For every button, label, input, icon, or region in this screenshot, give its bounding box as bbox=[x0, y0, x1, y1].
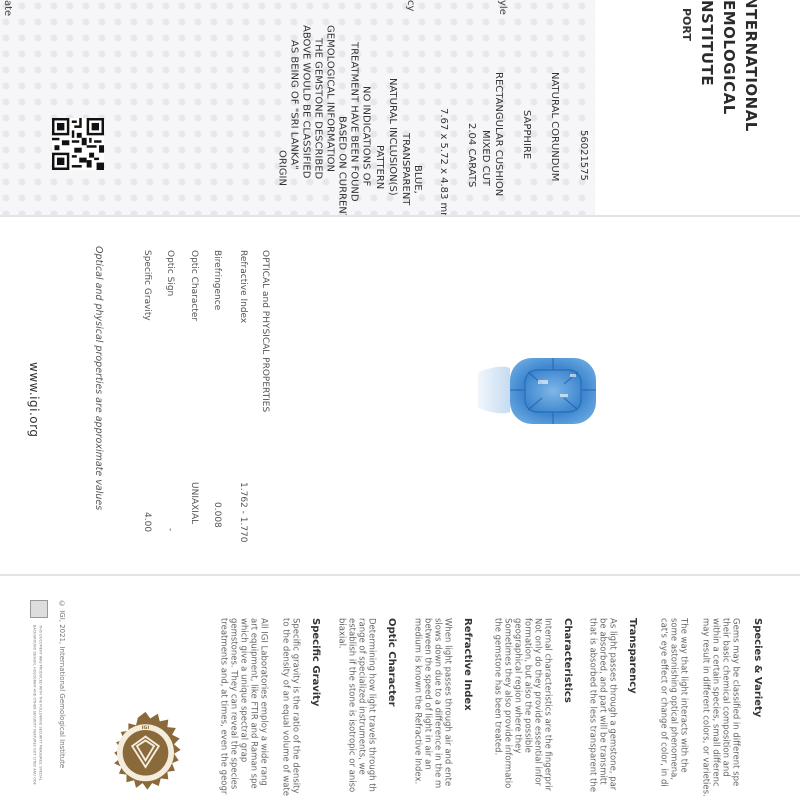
section-body-line: As light passes through a gemstone, par bbox=[607, 618, 617, 790]
shape-cut-line-1: RECTANGULAR CUSHION bbox=[493, 72, 504, 196]
section-body-line: establish if the stone is isotropic or a… bbox=[346, 618, 356, 792]
section-body-line: The way that light interacts with the bbox=[678, 618, 688, 773]
section-body-line: gemstones. They can reveal the species bbox=[228, 618, 238, 789]
section-body-line: that is absorbed the less transparent th… bbox=[587, 618, 597, 792]
qr-code[interactable] bbox=[52, 118, 104, 170]
seal-text: IGI bbox=[142, 725, 150, 731]
section-heading-transparency: Transparency bbox=[627, 618, 638, 694]
copyright-notice: © IGI, 2021, International Gemological I… bbox=[58, 600, 66, 768]
report-number: 56021575 bbox=[578, 130, 589, 181]
property-value-specific-gravity: 4.00 bbox=[142, 512, 152, 532]
transparency: TRANSPARENT bbox=[400, 133, 411, 205]
property-label-birefringence: Birefringence bbox=[212, 250, 222, 310]
security-shield-icon bbox=[30, 600, 48, 618]
section-body-line: geographical region where they bbox=[512, 618, 522, 753]
property-value-optic-character: UNIAXIAL bbox=[189, 482, 199, 524]
label-date-partial: ate bbox=[2, 0, 13, 16]
inclusions-line-1: NATURAL INCLUSION(S) bbox=[387, 78, 398, 196]
section-body-line: Sometimes they also provide informatio bbox=[502, 618, 512, 788]
section-body-line: treatments and, at times, even the geogr bbox=[218, 618, 228, 794]
comment-line-8: ORIGIN bbox=[276, 150, 288, 186]
section-body-line: biaxial. bbox=[336, 618, 346, 649]
measurements: 7.67 x 5.72 x 4.83 mm bbox=[438, 108, 449, 222]
igi-seal-icon: IGI bbox=[98, 710, 193, 800]
comment-line-2: TREATMENT HAVE BEEN FOUND bbox=[348, 42, 360, 202]
security-text-line-2: BACKGROUND DESIGN, HOLOGRAM AND OTHER SE… bbox=[32, 625, 37, 785]
section-body-line: formation, but also the possible bbox=[522, 618, 532, 753]
property-value-optic-sign: - bbox=[165, 528, 175, 531]
section-heading-species-variety: Species & Variety bbox=[752, 618, 763, 717]
section-body-line: may result in different colors, or varie… bbox=[700, 618, 710, 797]
section-body-line: Specific gravity is the ratio of the den… bbox=[290, 618, 300, 794]
section-body-line: some astonishing optical phenomena, bbox=[668, 618, 678, 780]
report-word: PORT bbox=[680, 8, 693, 41]
comment-line-5: THE GEMSTONE DESCRIBED bbox=[312, 38, 324, 179]
section-body-line: Internal characteristics are the fingerp… bbox=[542, 618, 552, 791]
properties-panel bbox=[0, 217, 800, 574]
description: NATURAL CORUNDUM bbox=[549, 72, 560, 181]
brand-line-3: NSTITUTE bbox=[698, 0, 716, 86]
comment-line-6: ABOVE WOULD BE CLASSIFIED bbox=[300, 25, 312, 178]
properties-note: Optical and physical properties are appr… bbox=[93, 246, 104, 510]
brand-line-2: EMOLOGICAL bbox=[720, 0, 738, 115]
shape-cut-line-2: MIXED CUT bbox=[480, 130, 491, 186]
section-body-line: Not only do they provide essential infor bbox=[532, 618, 542, 786]
comment-line-4: GEMOLOGICAL INFORMATION bbox=[324, 25, 336, 172]
website-link[interactable]: www.igi.org bbox=[27, 362, 41, 437]
section-heading-refractive-index: Refractive Index bbox=[462, 618, 473, 711]
section-heading-characteristics: Characteristics bbox=[562, 618, 573, 703]
section-body-line: medium is known the Refractive Index. bbox=[412, 618, 422, 784]
security-text-line-1: THIS DOCUMENT WAS PRODUCED WITH THE FOLL… bbox=[38, 625, 43, 781]
property-label-specific-gravity: Specific Gravity bbox=[142, 250, 152, 321]
section-body-line: which give a unique spectral grap bbox=[238, 618, 248, 762]
section-heading-specific-gravity: Specific Gravity bbox=[310, 618, 321, 706]
color: BLUE, bbox=[412, 165, 423, 194]
properties-title: OPTICAL and PHYSICAL PROPERTIES bbox=[260, 250, 270, 412]
comment-line-7: AS BEING OF "SRI LANKA" bbox=[288, 40, 300, 170]
section-body-line: within a certain species, small differen… bbox=[710, 618, 720, 787]
inclusions-line-2: PATTERN bbox=[374, 145, 385, 189]
brand-line-1: NTERNATIONAL bbox=[742, 0, 760, 132]
section-body-line: slows down due to a difference in the m bbox=[432, 618, 442, 788]
section-body-line: be absorbed, and part will be transmitt bbox=[597, 618, 607, 785]
section-body-line: the gemstone has been treated. bbox=[492, 618, 502, 755]
section-body-line: their basic chemical composition and bbox=[720, 618, 730, 777]
comment-line-1: NO INDICATIONS OF bbox=[360, 86, 372, 186]
comment-line-3: BASED ON CURRENT bbox=[336, 116, 348, 220]
property-label-optic-character: Optic Character bbox=[189, 250, 199, 321]
property-value-birefringence: 0.008 bbox=[212, 502, 222, 528]
section-body-line: All IGI Laboratories employ a wide rang bbox=[258, 618, 268, 786]
weight: 2.04 CARATS bbox=[466, 123, 477, 187]
section-body-line: range of specialized instruments, we bbox=[356, 618, 366, 775]
section-body-line: When light passes through air and ente bbox=[442, 618, 452, 786]
section-body-line: cat's eye effect or change of color, in … bbox=[658, 618, 668, 787]
species: SAPPHIRE bbox=[521, 110, 532, 159]
property-label-refractive-index: Refractive Index bbox=[238, 250, 248, 323]
property-value-refractive-index: 1.762 - 1.770 bbox=[238, 482, 248, 543]
section-body-line: between the speed of light in air an bbox=[422, 618, 432, 770]
section-body-line: Determining how light travels through th bbox=[366, 618, 376, 792]
property-label-optic-sign: Optic Sign bbox=[165, 250, 175, 296]
gem-image bbox=[470, 350, 600, 430]
section-heading-optic-character: Optic Character bbox=[386, 618, 397, 707]
label-transparency-partial: cy bbox=[405, 0, 416, 11]
label-shape-style-partial: yle bbox=[497, 0, 508, 15]
section-body-line: Gems may be classified in different spe bbox=[730, 618, 740, 786]
section-body-line: to the density of an equal volume of wat… bbox=[280, 618, 290, 796]
section-body-line: art equipment, like FTIR and Raman spe bbox=[248, 618, 258, 789]
